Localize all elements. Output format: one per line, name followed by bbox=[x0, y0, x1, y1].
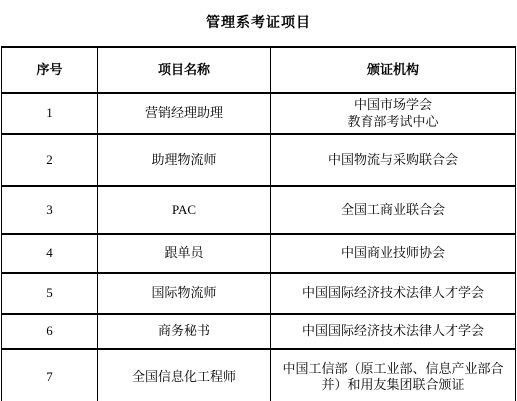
row-number-cell: 3 bbox=[2, 186, 98, 234]
table-row: 1 营销经理助理 中国市场学会 教育部考试中心 bbox=[2, 93, 516, 134]
issuing-org-cell: 全国工商业联合会 bbox=[271, 186, 516, 234]
issuing-org-cell: 中国市场学会 教育部考试中心 bbox=[271, 93, 516, 134]
row-number-cell: 6 bbox=[2, 314, 98, 349]
certification-table: 序号 项目名称 颁证机构 1 营销经理助理 中国市场学会 教育部考试中心 2 助… bbox=[1, 46, 516, 401]
table-row: 7 全国信息化工程师 中国工信部（原工业部、信息产业部合并）和用友集团联合颁证 bbox=[2, 349, 516, 401]
row-number-cell: 5 bbox=[2, 273, 98, 314]
table-row: 5 国际物流师 中国国际经济技术法律人才学会 bbox=[2, 273, 516, 314]
row-number-cell: 7 bbox=[2, 349, 98, 401]
project-name-cell: 商务秘书 bbox=[98, 314, 271, 349]
document-page: 管理系考证项目 序号 项目名称 颁证机构 1 营销经理助理 中国市场学会 教育部… bbox=[0, 0, 517, 401]
issuing-org-cell: 中国工信部（原工业部、信息产业部合并）和用友集团联合颁证 bbox=[271, 349, 516, 401]
table-row: 4 跟单员 中国商业技师协会 bbox=[2, 234, 516, 273]
table-row: 3 PAC 全国工商业联合会 bbox=[2, 186, 516, 234]
project-name-cell: 全国信息化工程师 bbox=[98, 349, 271, 401]
row-number-cell: 1 bbox=[2, 93, 98, 134]
issuing-org-cell: 中国国际经济技术法律人才学会 bbox=[271, 273, 516, 314]
project-name-cell: 营销经理助理 bbox=[98, 93, 271, 134]
project-name-cell: PAC bbox=[98, 186, 271, 234]
project-name-cell: 跟单员 bbox=[98, 234, 271, 273]
table-row: 6 商务秘书 中国国际经济技术法律人才学会 bbox=[2, 314, 516, 349]
table-header-row: 序号 项目名称 颁证机构 bbox=[2, 47, 516, 93]
issuing-org-cell: 中国物流与采购联合会 bbox=[271, 134, 516, 186]
row-number-cell: 4 bbox=[2, 234, 98, 273]
issuing-org-cell: 中国国际经济技术法律人才学会 bbox=[271, 314, 516, 349]
header-cell-issuing-org: 颁证机构 bbox=[271, 47, 516, 93]
header-cell-project-name: 项目名称 bbox=[98, 47, 271, 93]
page-title: 管理系考证项目 bbox=[0, 0, 517, 46]
project-name-cell: 助理物流师 bbox=[98, 134, 271, 186]
project-name-cell: 国际物流师 bbox=[98, 273, 271, 314]
issuing-org-cell: 中国商业技师协会 bbox=[271, 234, 516, 273]
row-number-cell: 2 bbox=[2, 134, 98, 186]
header-cell-number: 序号 bbox=[2, 47, 98, 93]
table-row: 2 助理物流师 中国物流与采购联合会 bbox=[2, 134, 516, 186]
